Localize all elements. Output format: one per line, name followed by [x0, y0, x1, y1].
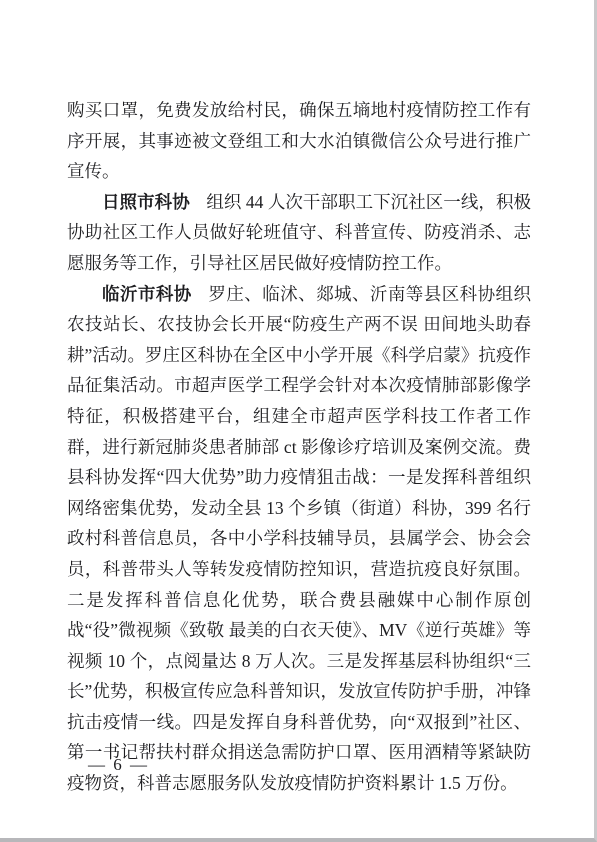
page-footer: — 6 — [88, 755, 149, 775]
paragraph-text: 购买口罩，免费发放给村民，确保五墒地村疫情防控工作有序开展，其事迹被文登组工和大… [67, 100, 531, 181]
paragraph-text: 罗庄、临沭、郯城、沂南等县区科协组织农技站长、农技协会长开展“防疫生产两不误 田… [67, 284, 531, 794]
document-body: 购买口罩，免费发放给村民，确保五墒地村疫情防控工作有序开展，其事迹被文登组工和大… [67, 95, 531, 799]
org-name-bold: 临沂市科协 [102, 284, 192, 304]
paragraph-linyi: 临沂市科协罗庄、临沭、郯城、沂南等县区科协组织农技站长、农技协会长开展“防疫生产… [67, 279, 531, 799]
paragraph-continuation: 购买口罩，免费发放给村民，确保五墒地村疫情防控工作有序开展，其事迹被文登组工和大… [67, 95, 531, 187]
page-number: — 6 — [88, 755, 149, 774]
document-page: 购买口罩，免费发放给村民，确保五墒地村疫情防控工作有序开展，其事迹被文登组工和大… [0, 0, 597, 842]
org-name-bold: 日照市科协 [102, 192, 190, 212]
paragraph-rizhao: 日照市科协组织 44 人次干部职工下沉社区一线，积极协助社区工作人员做好轮班值守… [67, 187, 531, 279]
